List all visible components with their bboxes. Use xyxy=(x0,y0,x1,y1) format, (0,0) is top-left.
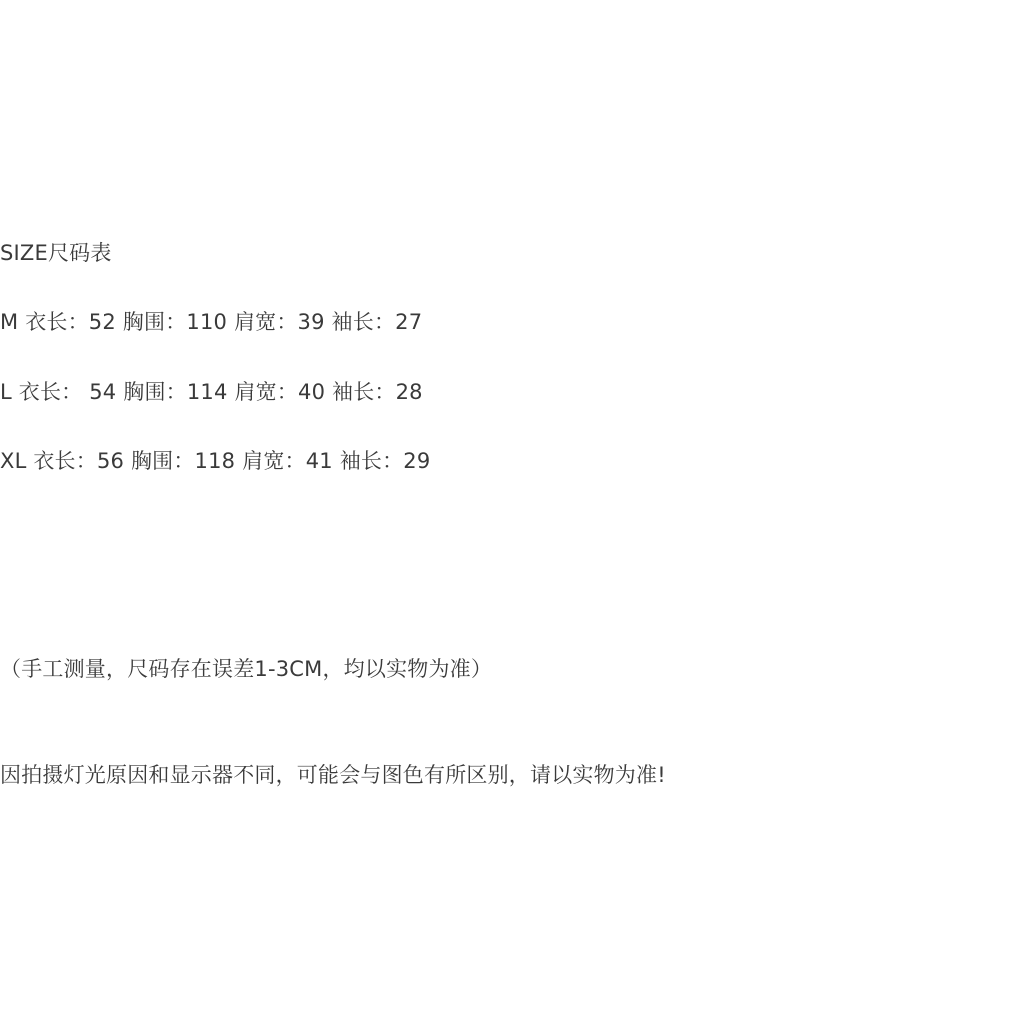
size-row-m: M 衣长：52 胸围：110 肩宽：39 袖长：27 xyxy=(0,308,422,336)
size-row-xl: XL 衣长：56 胸围：118 肩宽：41 袖长：29 xyxy=(0,447,430,475)
color-disclaimer: 因拍摄灯光原因和显示器不同，可能会与图色有所区别，请以实物为准! xyxy=(0,761,666,789)
size-chart-title: SIZE尺码表 xyxy=(0,239,112,267)
measurement-note: （手工测量，尺码存在误差1-3CM，均以实物为准） xyxy=(0,655,492,683)
size-row-l: L 衣长： 54 胸围：114 肩宽：40 袖长：28 xyxy=(0,378,423,406)
